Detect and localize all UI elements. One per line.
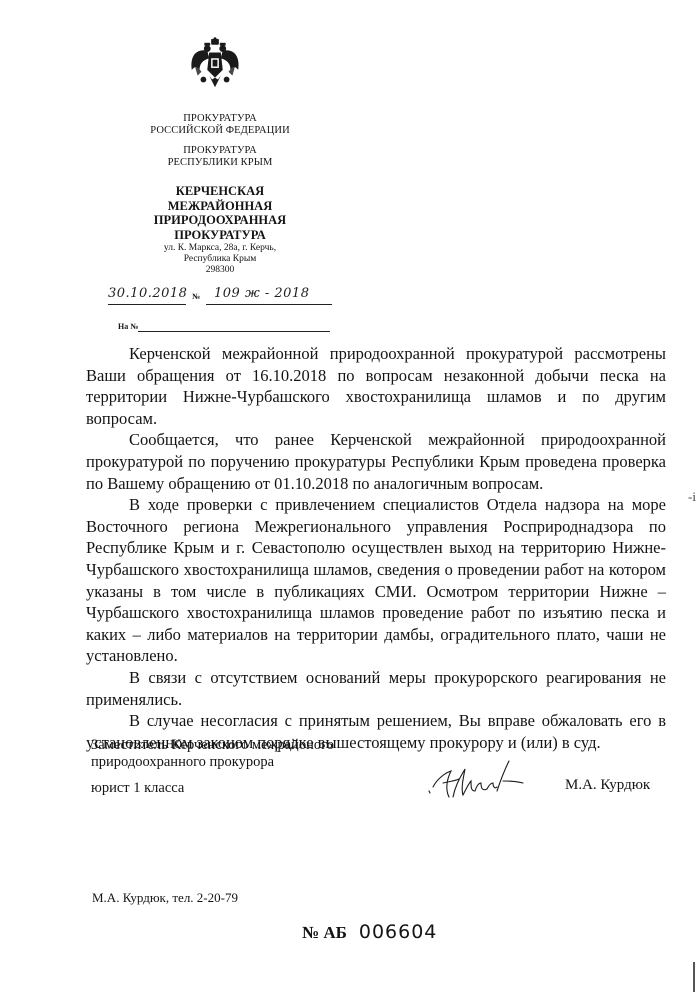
reply-to-row: На № (118, 322, 318, 336)
paragraph: В связи с отсутствием оснований меры про… (86, 667, 666, 710)
paragraph: Сообщается, что ранее Керченской межрайо… (86, 429, 666, 494)
reply-to-field (138, 331, 330, 332)
authority-line: ПРОКУРАТУРА (110, 113, 330, 125)
organization-address: ул. К. Маркса, 28а, г. Керчь, Республика… (110, 243, 330, 276)
letter-body: Керченской межрайонной природоохранной п… (86, 343, 666, 753)
signatory-name: М.А. Курдюк (565, 777, 650, 794)
authority-header: ПРОКУРАТУРА РОССИЙСКОЙ ФЕДЕРАЦИИ (110, 113, 330, 137)
reference-row: 30.10.2018 № 109 ж - 2018 (108, 286, 328, 308)
signatory-position: Заместитель Керченского межрайоного прир… (91, 737, 411, 771)
address-line: Республика Крым (110, 254, 330, 265)
address-line: ул. К. Маркса, 28а, г. Керчь, (110, 243, 330, 254)
document-date: 30.10.2018 (108, 286, 186, 305)
regional-line: ПРОКУРАТУРА (110, 145, 330, 157)
document-number: 109 ж - 2018 (206, 286, 332, 305)
position-line: Заместитель Керченского межрайоного (91, 737, 411, 754)
handwritten-signature-icon (425, 757, 535, 803)
form-serial: № АБ006604 (302, 921, 437, 943)
executor-contact: М.А. Курдюк, тел. 2-20-79 (92, 890, 238, 906)
number-label: № (192, 292, 200, 301)
regional-header: ПРОКУРАТУРА РЕСПУБЛИКИ КРЫМ (110, 145, 330, 169)
paragraph: Керченской межрайонной природоохранной п… (86, 343, 666, 429)
signatory-rank: юрист 1 класса (91, 780, 184, 797)
position-line: природоохранного прокурора (91, 754, 411, 771)
organization-name: КЕРЧЕНСКАЯ МЕЖРАЙОННАЯ ПРИРОДООХРАННАЯ П… (110, 184, 330, 242)
reply-to-label: На № (118, 322, 138, 331)
org-line: ПРОКУРАТУРА (110, 228, 330, 243)
serial-label: № АБ (302, 923, 347, 942)
org-line: КЕРЧЕНСКАЯ (110, 184, 330, 199)
org-line: ПРИРОДООХРАННАЯ (110, 213, 330, 228)
regional-line: РЕСПУБЛИКИ КРЫМ (110, 157, 330, 169)
address-line: 298300 (110, 265, 330, 276)
coat-of-arms-icon (186, 37, 244, 95)
org-line: МЕЖРАЙОННАЯ (110, 199, 330, 214)
scan-edge-mark (693, 962, 695, 992)
authority-line: РОССИЙСКОЙ ФЕДЕРАЦИИ (110, 125, 330, 137)
paragraph: В ходе проверки с привлечением специалис… (86, 494, 666, 667)
margin-mark: -i (688, 489, 696, 505)
serial-number: 006604 (359, 921, 438, 943)
